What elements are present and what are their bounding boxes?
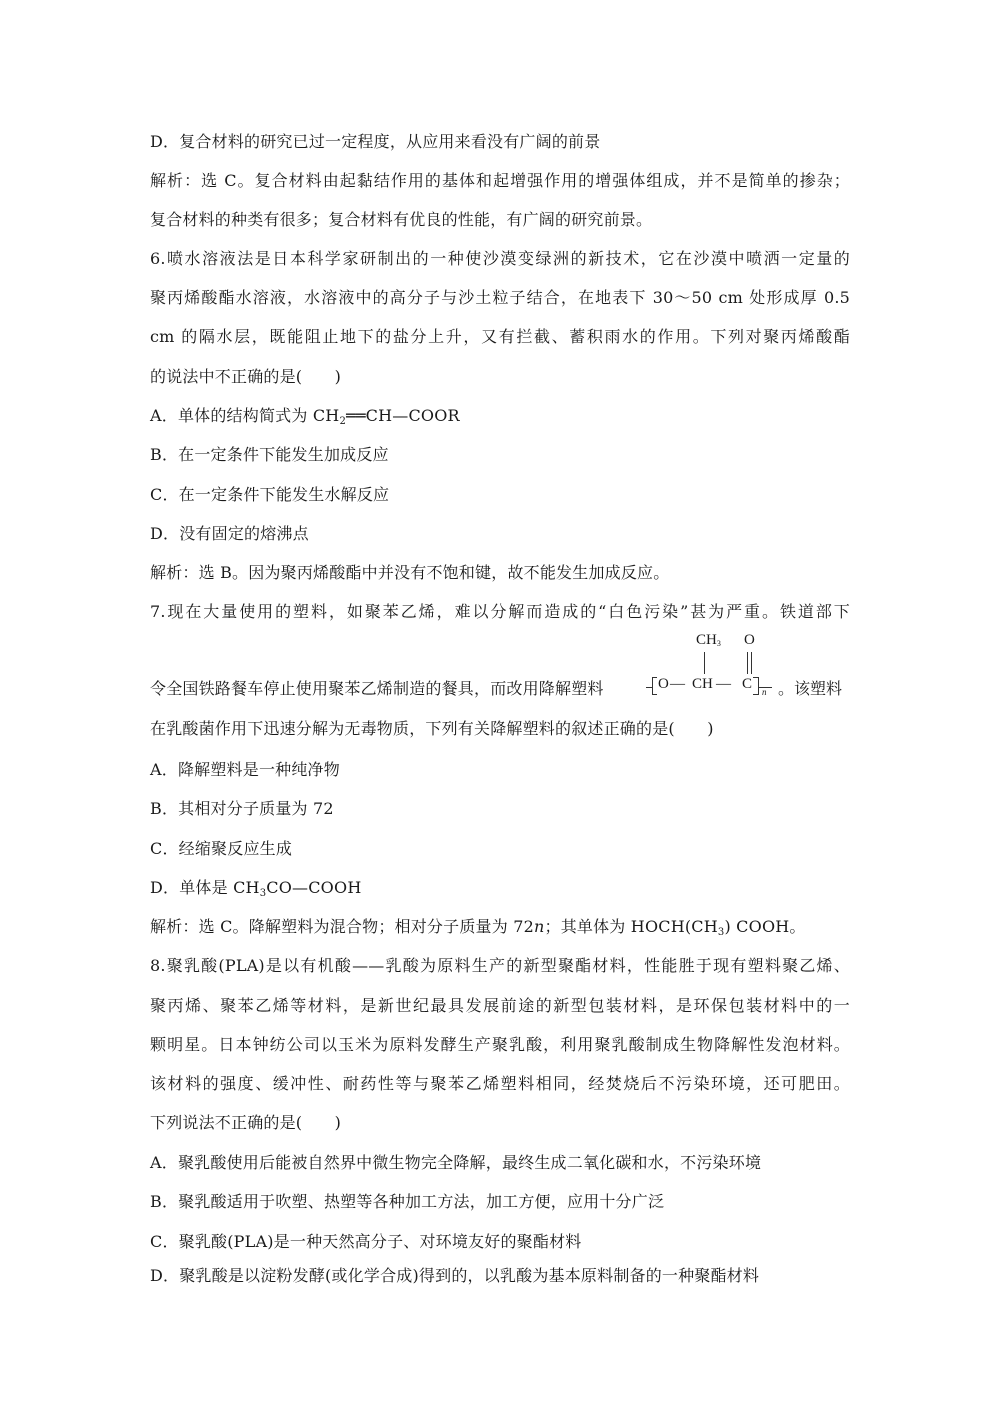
q7-option-c: C．经缩聚反应生成 [150,838,850,860]
q7-option-b: B．其相对分子质量为 72 [150,798,850,820]
q8-option-a: A．聚乳酸使用后能被自然界中微生物完全降解，最终生成二氧化碳和水，不污染环境 [150,1152,850,1174]
q8-stem-line1: 8.聚乳酸(PLA)是以有机酸——乳酸为原料生产的新型聚酯材料，性能胜于现有塑料… [150,955,850,977]
formula-right-bracket-top [753,677,758,678]
formula-right-bracket-bottom [753,694,758,695]
q8-option-c: C．聚乳酸(PLA)是一种天然高分子、对环境友好的聚酯材料 [150,1231,850,1253]
q7-stem-line3: 在乳酸菌作用下迅速分解为无毒物质，下列有关降解塑料的叙述正确的是( ) [150,718,850,740]
q7-stem-line2-after: 。该塑料 [778,678,842,700]
q7-analysis-prefix: 解析：选 C。降解塑料为混合物；相对分子质量为 72 [150,917,534,936]
q7-stem-line2: 令全国铁路餐车停止使用聚苯乙烯制造的餐具，而改用降解塑料 [150,678,604,700]
formula-left-bracket-bottom [652,694,657,695]
q7-option-d-prefix: D．单体是 CH [150,878,260,897]
q5-option-d: D．复合材料的研究已过一定程度，从应用来看没有广阔的前景 [150,131,850,153]
formula-ester-oxygen: O [658,676,669,693]
q8-option-b: B．聚乳酸适用于吹塑、热塑等各种加工方法，加工方便，应用十分广泛 [150,1191,850,1213]
q5-analysis-line1: 解析：选 C。复合材料由起黏结作用的基体和起增强作用的增强体组成，并不是简单的掺… [150,170,850,192]
q6-stem-line4: 的说法中不正确的是( ) [150,366,850,388]
q7-analysis-mid: ；其单体为 HOCH(CH [545,917,718,936]
formula-bond-2: — [716,676,731,693]
q7-analysis: 解析：选 C。降解塑料为混合物；相对分子质量为 72n；其单体为 HOCH(CH… [150,916,850,944]
q8-stem-line5: 下列说法不正确的是( ) [150,1112,850,1134]
q6-option-a: A．单体的结构简式为 CH2══CH—COOR [150,405,850,433]
formula-single-bond-vertical [704,652,705,674]
q6-option-d: D．没有固定的熔沸点 [150,523,850,545]
formula-repeat-n: n [762,687,767,697]
polylactic-acid-structural-formula: CH3 O O — CH — C n [646,632,776,702]
q6-option-c: C．在一定条件下能发生水解反应 [150,484,850,506]
q6-option-b: B．在一定条件下能发生加成反应 [150,444,850,466]
q7-option-d-suffix: CO—COOH [266,878,361,897]
formula-ch-group: CH [692,676,713,693]
q6-analysis: 解析：选 B。因为聚丙烯酸酯中并没有不饱和键，故不能发生加成反应。 [150,562,850,584]
q6-stem-line3: cm 的隔水层，既能阻止地下的盐分上升，又有拦截、蓄积雨水的作用。下列对聚丙烯酸… [150,326,850,348]
formula-double-bond-line1 [747,652,748,674]
q6-stem-line1: 6.喷水溶液法是日本科学家研制出的一种使沙漠变绿洲的新技术，它在沙漠中喷洒一定量… [150,248,850,270]
q8-stem-line4: 该材料的强度、缓冲性、耐药性等与聚苯乙烯塑料相同，经焚烧后不污染环境，还可肥田。 [150,1073,850,1095]
formula-left-bracket-top [652,677,657,678]
formula-carbonyl-carbon: C [742,676,752,693]
formula-right-bracket [758,677,759,695]
formula-carbonyl-oxygen: O [744,632,755,649]
formula-bond-1: — [670,676,685,693]
document-page: D．复合材料的研究已过一定程度，从应用来看没有广阔的前景 解析：选 C。复合材料… [0,0,1000,1414]
formula-ch3-group: CH3 [696,632,721,649]
q8-stem-line3: 颗明星。日本钟纺公司以玉米为原料发酵生产聚乳酸，利用聚乳酸制成生物降解性发泡材料… [150,1034,850,1056]
q6-option-a-suffix: ══CH—COOR [346,406,460,425]
q7-option-d: D．单体是 CH3CO—COOH [150,877,850,905]
q6-stem-line2: 聚丙烯酸酯水溶液，水溶液中的高分子与沙土粒子结合，在地表下 30～50 cm 处… [150,287,850,309]
q5-analysis-line2: 复合材料的种类有很多；复合材料有优良的性能，有广阔的研究前景。 [150,209,850,231]
formula-double-bond-line2 [751,652,752,674]
q7-stem-line1: 7.现在大量使用的塑料，如聚苯乙烯，难以分解而造成的“白色污染”甚为严重。铁道部… [150,601,850,623]
q7-analysis-suffix: ) COOH。 [724,917,805,936]
q6-option-a-prefix: A．单体的结构简式为 CH [150,406,339,425]
formula-left-bracket [652,677,653,695]
q8-option-d: D．聚乳酸是以淀粉发酵(或化学合成)得到的，以乳酸为基本原料制备的一种聚酯材料 [150,1265,850,1287]
q7-option-a: A．降解塑料是一种纯净物 [150,759,850,781]
q7-analysis-n: n [534,917,545,936]
q8-stem-line2: 聚丙烯、聚苯乙烯等材料，是新世纪最具发展前途的新型包装材料，是环保包装材料中的一 [150,995,850,1017]
